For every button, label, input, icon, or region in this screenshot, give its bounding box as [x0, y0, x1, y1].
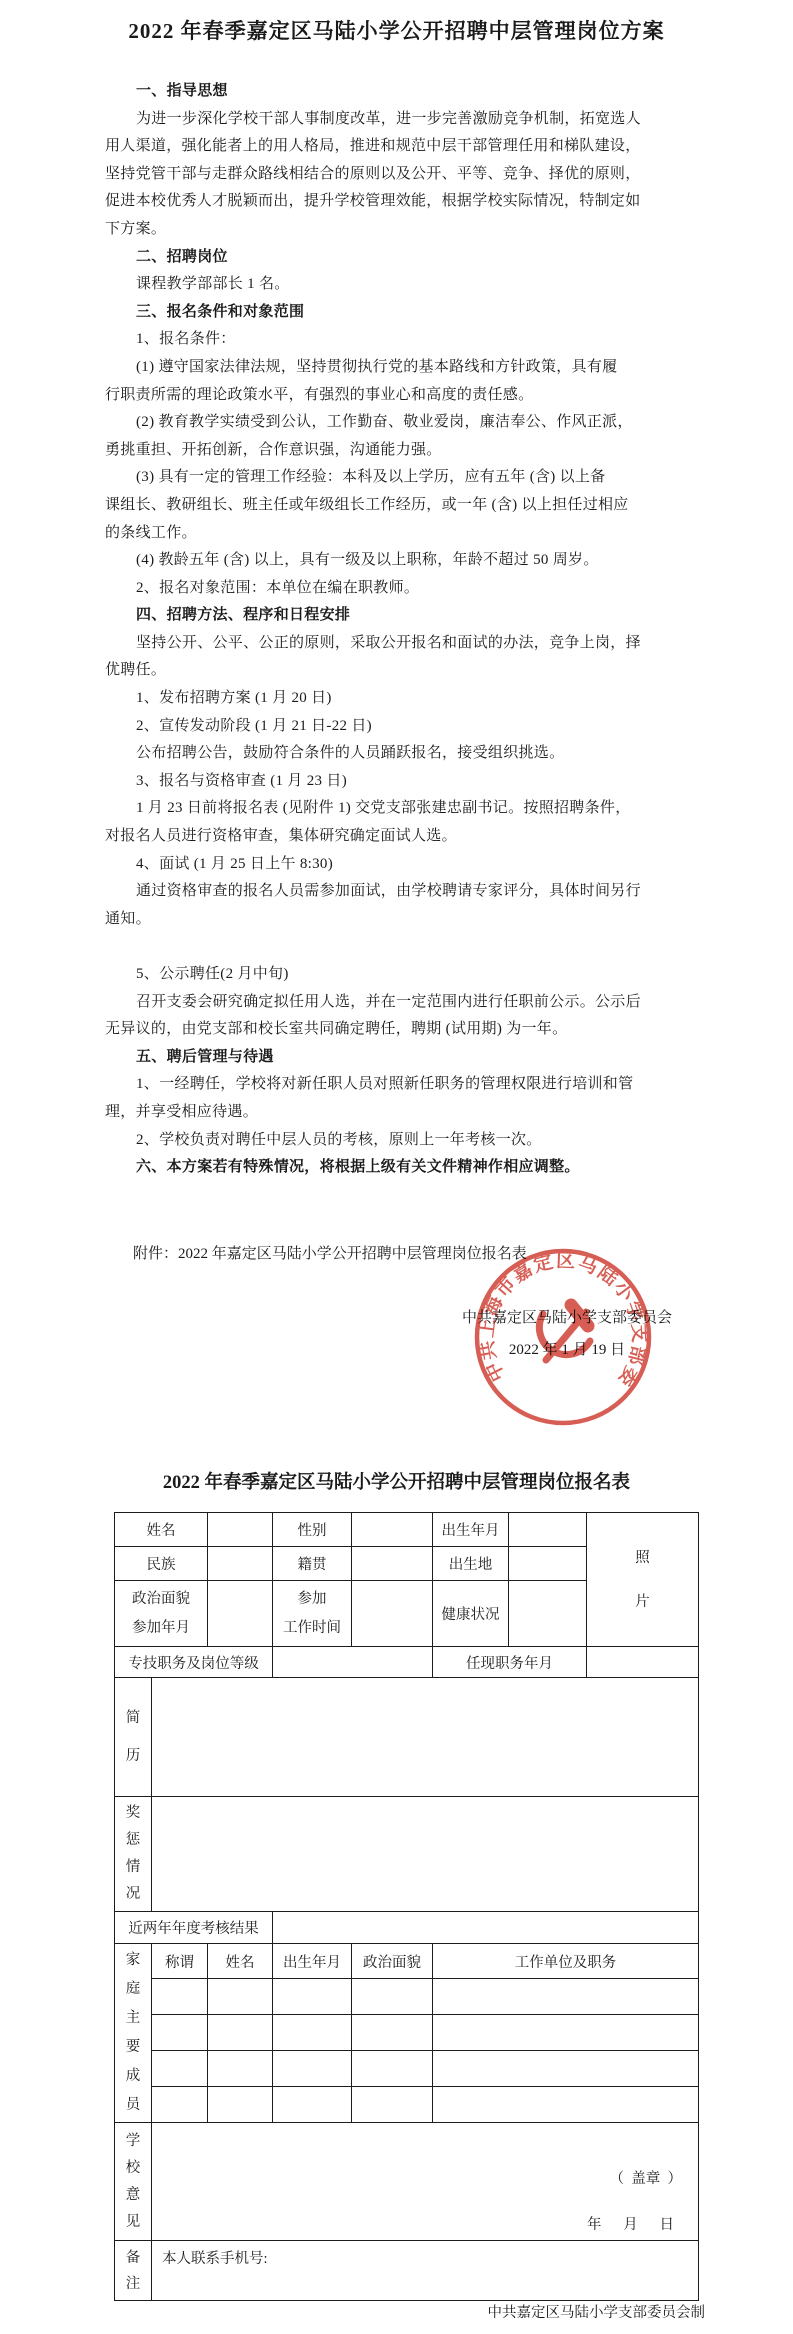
signer-line: 中共嘉定区马陆小学支部委员会: [452, 1306, 682, 1327]
value-birth: [509, 1513, 587, 1547]
family-cell: [273, 2051, 352, 2087]
date-blank: 年 月 日: [587, 2213, 674, 2234]
family-col-employer: 工作单位及职务: [433, 1944, 699, 1979]
family-row: [115, 2015, 699, 2051]
form-table: 姓名 性别 出生年月 照片 民族 籍贯 出生地 政治面貌 参加年月: [114, 1512, 699, 2301]
value-gender: [352, 1513, 433, 1547]
family-cell: [433, 2087, 699, 2123]
label-workstart: 参加 工作时间: [273, 1581, 352, 1647]
body-line: 优聘任。: [105, 657, 705, 685]
value-school-opinion: （ 盖章 ） 年 月 日: [152, 2123, 699, 2241]
value-resume: [152, 1678, 699, 1797]
label-political-2: 参加年月: [115, 1614, 207, 1643]
family-col-birth: 出生年月: [273, 1944, 352, 1979]
body-line: 四、招聘方法、程序和日程安排: [105, 602, 705, 630]
body-line: 1、一经聘任，学校将对新任职人员对照新任职务的管理权限进行培训和管: [105, 1071, 705, 1099]
seal-ring: [477, 1251, 649, 1423]
label-political: 政治面貌 参加年月: [115, 1581, 208, 1647]
family-cell: [152, 2051, 208, 2087]
body-line: 通知。: [105, 906, 705, 934]
value-ethnic: [208, 1547, 273, 1581]
body-line: 5、公示聘任(2 月中旬): [105, 961, 705, 989]
family-cell: [273, 2015, 352, 2051]
body-line: 促进本校优秀人才脱颖而出，提升学校管理效能，根据学校实际情况，特制定如: [105, 188, 705, 216]
body-line: 一、指导思想: [105, 78, 705, 106]
photo-label: 照片: [635, 1536, 650, 1624]
photo-cell: 照片: [587, 1513, 699, 1647]
value-assessment: [273, 1912, 699, 1944]
family-cell: [433, 2051, 699, 2087]
label-resume-text: 简历: [126, 1699, 141, 1775]
label-name: 姓名: [115, 1513, 208, 1547]
body-line: [105, 933, 705, 961]
label-tenure: 任现职务年月: [433, 1647, 587, 1678]
label-family: 家庭主要成员: [115, 1944, 152, 2123]
value-native: [352, 1547, 433, 1581]
doc-title: 2022 年春季嘉定区马陆小学公开招聘中层管理岗位方案: [0, 15, 793, 45]
body-line: 1 月 23 日前将报名表 (见附件 1) 交党支部张建忠副书记。按照招聘条件，: [105, 795, 705, 823]
label-family-text: 家庭主要成员: [126, 1946, 141, 2120]
body-line: 公布招聘公告，鼓励符合条件的人员踊跃报名，接受组织挑选。: [105, 740, 705, 768]
family-col-name: 姓名: [208, 1944, 273, 1979]
label-remark: 备注: [115, 2241, 152, 2301]
label-birth: 出生年月: [433, 1513, 509, 1547]
body-line: 下方案。: [105, 216, 705, 244]
label-workstart-1: 参加: [273, 1585, 351, 1614]
family-cell: [352, 1979, 433, 2015]
family-cell: [433, 1979, 699, 2015]
family-cell: [352, 2051, 433, 2087]
family-cell: [208, 1979, 273, 2015]
value-rank: [273, 1647, 433, 1678]
body-line: (1) 遵守国家法律法规，坚持贯彻执行党的基本路线和方针政策，具有履: [105, 354, 705, 382]
official-seal: 中共上海市嘉定区马陆小学支部委员会: [468, 1242, 658, 1432]
label-awards-text: 奖惩情况: [126, 1800, 141, 1908]
application-form: 姓名 性别 出生年月 照片 民族 籍贯 出生地 政治面貌 参加年月: [114, 1512, 699, 2301]
label-rank: 专技职务及岗位等级: [115, 1647, 273, 1678]
body-line: 三、报名条件和对象范围: [105, 299, 705, 327]
body-line: 1、发布招聘方案 (1 月 20 日): [105, 685, 705, 713]
body-line: 坚持党管干部与走群众路线相结合的原则以及公开、平等、竞争、择优的原则，: [105, 161, 705, 189]
family-col-political: 政治面貌: [352, 1944, 433, 1979]
body-line: 无异议的，由党支部和校长室共同确定聘任，聘期 (试用期) 为一年。: [105, 1016, 705, 1044]
body-line: 二、招聘岗位: [105, 244, 705, 272]
body-line: 行职责所需的理论政策水平，有强烈的事业心和高度的责任感。: [105, 382, 705, 410]
body-line: (4) 教龄五年 (含) 以上，具有一级及以上职称，年龄不超过 50 周岁。: [105, 547, 705, 575]
attachment-line: 附件：2022 年嘉定区马陆小学公开招聘中层管理岗位报名表: [133, 1242, 527, 1263]
value-birthplace: [509, 1547, 587, 1581]
body-line: 的条线工作。: [105, 520, 705, 548]
body-line: 3、报名与资格审查 (1 月 23 日): [105, 768, 705, 796]
family-cell: [352, 2015, 433, 2051]
body-line: 通过资格审查的报名人员需参加面试，由学校聘请专家评分，具体时间另行: [105, 878, 705, 906]
body-line: 理，并享受相应待遇。: [105, 1099, 705, 1127]
body-line: 用人渠道，强化能者上的用人格局，推进和规范中层干部管理任用和梯队建设，: [105, 133, 705, 161]
label-political-1: 政治面貌: [115, 1585, 207, 1614]
label-health: 健康状况: [433, 1581, 509, 1647]
form-title: 2022 年春季嘉定区马陆小学公开招聘中层管理岗位报名表: [0, 1468, 793, 1494]
value-awards: [152, 1797, 699, 1912]
body-line: 1、报名条件：: [105, 326, 705, 354]
label-workstart-2: 工作时间: [273, 1614, 351, 1643]
family-cell: [352, 2087, 433, 2123]
seal-hint: （ 盖章 ）: [610, 2167, 683, 2188]
body-line: 2、学校负责对聘任中层人员的考核，原则上一年考核一次。: [105, 1127, 705, 1155]
label-native: 籍贯: [273, 1547, 352, 1581]
family-col-relation: 称谓: [152, 1944, 208, 1979]
family-cell: [152, 2087, 208, 2123]
family-cell: [208, 2015, 273, 2051]
body-line: 坚持公开、公平、公正的原则，采取公开报名和面试的办法，竞争上岗，择: [105, 630, 705, 658]
family-cell: [152, 1979, 208, 2015]
body-line: 课组长、教研组长、班主任或年级组长工作经历，或一年 (含) 以上担任过相应: [105, 492, 705, 520]
label-gender: 性别: [273, 1513, 352, 1547]
family-cell: [273, 1979, 352, 2015]
label-remark-text: 备注: [126, 2245, 141, 2297]
form-footer: 中共嘉定区马陆小学支部委员会制: [0, 2301, 705, 2322]
body-line: 五、聘后管理与待遇: [105, 1044, 705, 1072]
body-line: 4、面试 (1 月 25 日上午 8:30): [105, 851, 705, 879]
body-line: 召开支委会研究确定拟任用人选，并在一定范围内进行任职前公示。公示后: [105, 989, 705, 1017]
family-cell: [152, 2015, 208, 2051]
label-school-opinion: 学校意见: [115, 2123, 152, 2241]
label-school-opinion-text: 学校意见: [126, 2128, 141, 2236]
value-name: [208, 1513, 273, 1547]
label-birthplace: 出生地: [433, 1547, 509, 1581]
doc-body: 一、指导思想 为进一步深化学校干部人事制度改革，进一步完善激励竞争机制，拓宽选人…: [105, 78, 705, 1182]
body-line: 六、本方案若有特殊情况，将根据上级有关文件精神作相应调整。: [105, 1154, 705, 1182]
body-line: 为进一步深化学校干部人事制度改革，进一步完善激励竞争机制，拓宽选人: [105, 106, 705, 134]
value-workstart: [352, 1581, 433, 1647]
body-line: 2、宣传发动阶段 (1 月 21 日-22 日): [105, 713, 705, 741]
value-remark: 本人联系手机号:: [152, 2241, 699, 2301]
sign-date-line: 2022 年 1 月 19 日: [452, 1338, 682, 1359]
label-awards: 奖惩情况: [115, 1797, 152, 1912]
body-line: 2、报名对象范围：本单位在编在职教师。: [105, 575, 705, 603]
family-row: [115, 2087, 699, 2123]
family-cell: [208, 2051, 273, 2087]
family-cell: [208, 2087, 273, 2123]
body-line: 勇挑重担、开拓创新，合作意识强，沟通能力强。: [105, 437, 705, 465]
value-health: [509, 1581, 587, 1647]
family-row: [115, 1979, 699, 2015]
body-line: 课程教学部部长 1 名。: [105, 271, 705, 299]
body-line: (2) 教育教学实绩受到公认，工作勤奋、敬业爱岗，廉洁奉公、作风正派，: [105, 409, 705, 437]
value-tenure: [587, 1647, 699, 1678]
label-ethnic: 民族: [115, 1547, 208, 1581]
label-assessment: 近两年年度考核结果: [115, 1912, 273, 1944]
value-political: [208, 1581, 273, 1647]
label-resume: 简历: [115, 1678, 152, 1797]
family-cell: [433, 2015, 699, 2051]
family-cell: [273, 2087, 352, 2123]
family-row: [115, 2051, 699, 2087]
body-line: (3) 具有一定的管理工作经验：本科及以上学历，应有五年 (含) 以上备: [105, 464, 705, 492]
body-line: 对报名人员进行资格审查，集体研究确定面试人选。: [105, 823, 705, 851]
